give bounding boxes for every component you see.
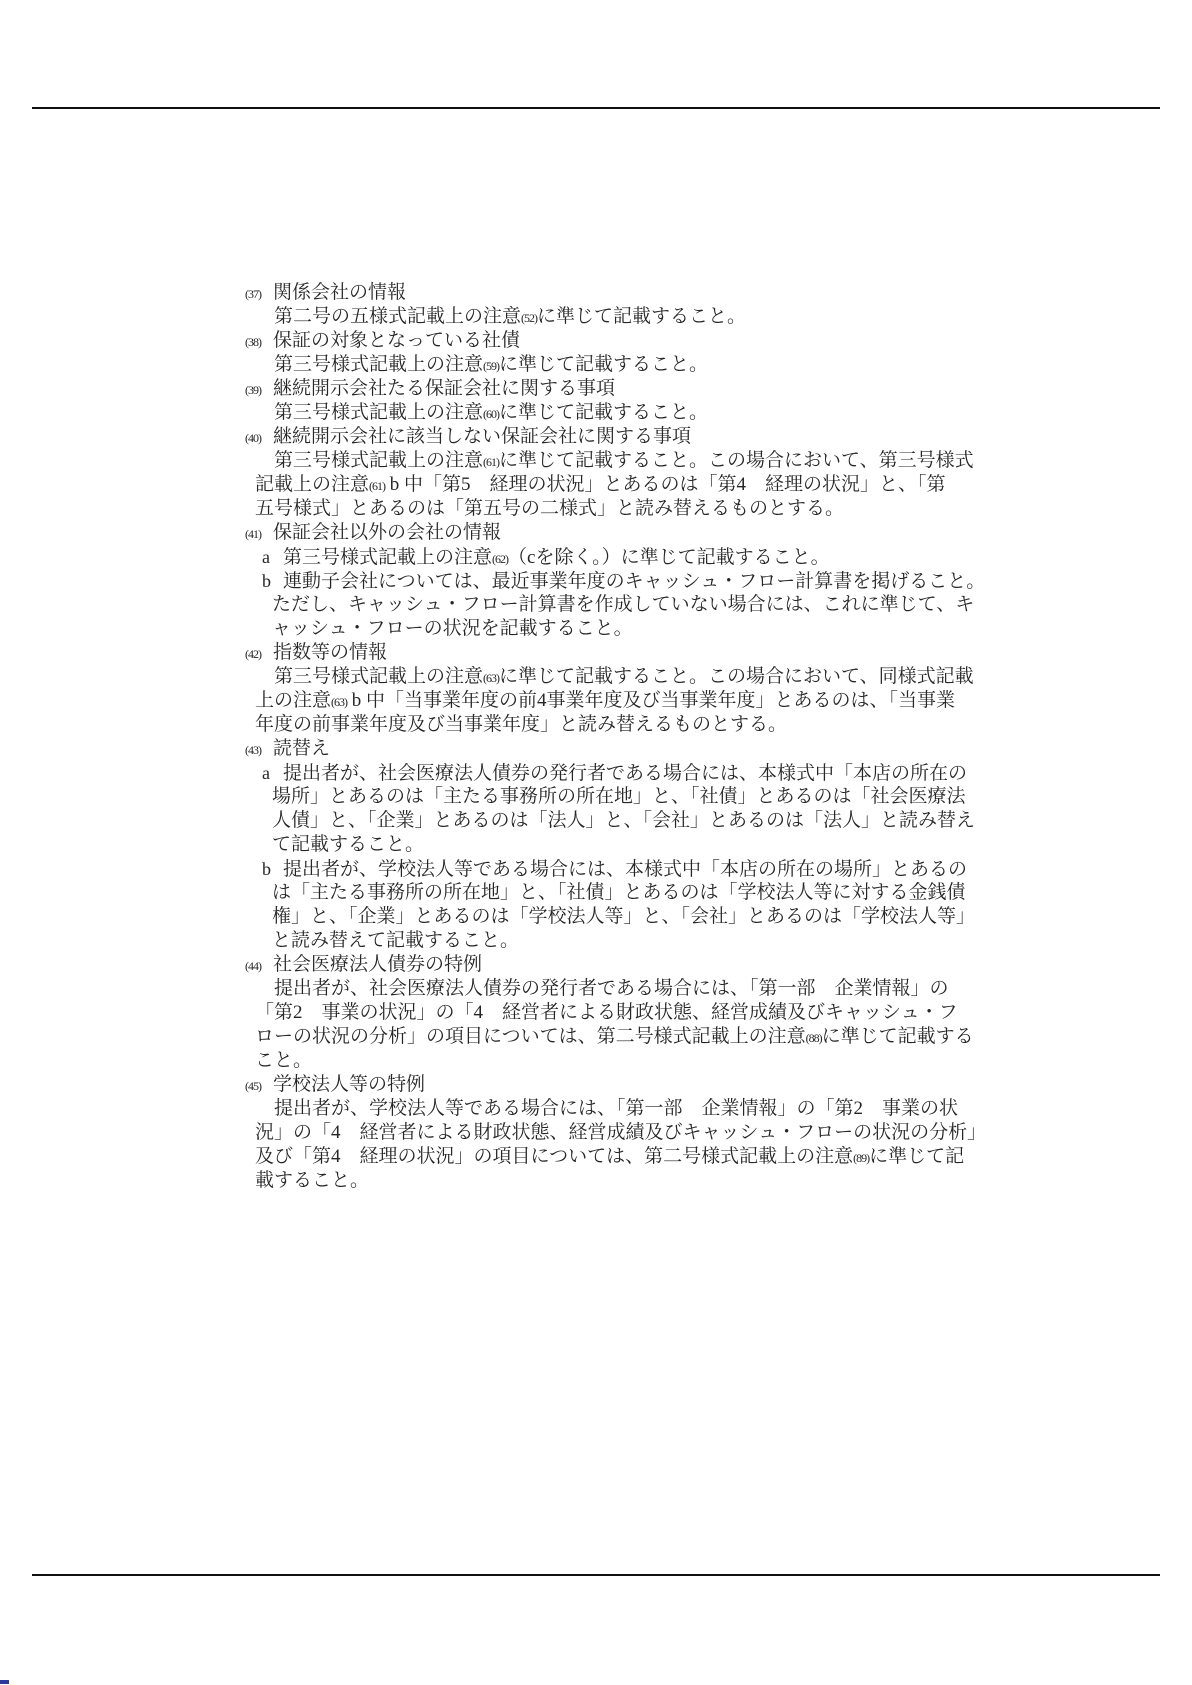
document-line: a提出者が、社会医療法人債券の発行者である場合には、本様式中「本店の所在の bbox=[0, 761, 1192, 785]
text-run: 保証会社以外の会社の情報 bbox=[273, 522, 501, 543]
text-run: 保証の対象となっている社債 bbox=[273, 330, 520, 351]
text-run: 継続開示会社に該当しない保証会社に関する事項 bbox=[273, 426, 691, 447]
text-run: 人債」と、「企業」とあるのは「法人」と、「会社」とあるのは「法人」と読み替え bbox=[272, 810, 975, 831]
document-line: (44)社会医療法人債券の特例 bbox=[0, 953, 1192, 977]
item-number: (39) bbox=[245, 378, 273, 402]
text-run: は「主たる事務所の所在地」と、「社債」とあるのは「学校法人等に対する金銭債 bbox=[272, 882, 966, 903]
text-run: 況」の「4 経営者による財政状態、経営成績及びキャッシュ・フローの状況の分析」 bbox=[255, 1122, 986, 1143]
bottom-horizontal-rule bbox=[32, 1574, 1160, 1576]
text-run: 記載上の注意 bbox=[255, 474, 369, 495]
text-run: 年度の前事業年度及び当事業年度」と読み替えるものとする。 bbox=[255, 714, 787, 735]
text-run: 関係会社の情報 bbox=[273, 282, 406, 303]
text-run: 読替え bbox=[273, 738, 330, 759]
text-run: て記載すること。 bbox=[272, 834, 424, 855]
note-reference: (61) bbox=[483, 455, 499, 469]
text-run: 権」と、「企業」とあるのは「学校法人等」と、「会社」とあるのは「学校法人等」 bbox=[272, 906, 975, 927]
text-run: ャッシュ・フローの状況を記載すること。 bbox=[272, 618, 633, 639]
document-line: (38)保証の対象となっている社債 bbox=[0, 329, 1192, 353]
note-reference: (63) bbox=[331, 695, 347, 709]
document-line: ただし、キャッシュ・フロー計算書を作成していない場合には、これに準じて、キ bbox=[0, 593, 1192, 617]
text-run: （cを除く。）に準じて記載すること。 bbox=[508, 547, 830, 568]
note-reference: (52) bbox=[521, 311, 537, 325]
document-line: (37)関係会社の情報 bbox=[0, 281, 1192, 305]
top-horizontal-rule bbox=[32, 107, 1160, 109]
document-line: (41)保証会社以外の会社の情報 bbox=[0, 521, 1192, 545]
document-line: 載すること。 bbox=[0, 1169, 1192, 1193]
text-run: 第三号様式記載上の注意 bbox=[274, 402, 483, 423]
document-line: 記載上の注意(61) b 中「第5 経理の状況」とあるのは「第4 経理の状況」と… bbox=[0, 473, 1192, 497]
sub-item-marker: b bbox=[262, 857, 283, 881]
text-run: 提出者が、社会医療法人債券の発行者である場合には、「第一部 企業情報」の bbox=[274, 978, 949, 999]
document-line: (42)指数等の情報 bbox=[0, 641, 1192, 665]
document-line: 第三号様式記載上の注意(59)に準じて記載すること。 bbox=[0, 353, 1192, 377]
document-line: b連動子会社については、最近事業年度のキャッシュ・フロー計算書を掲げること。 bbox=[0, 569, 1192, 593]
document-body: (37)関係会社の情報第二号の五様式記載上の注意(52)に準じて記載すること。(… bbox=[0, 281, 1192, 1193]
text-run: 第三号様式記載上の注意 bbox=[274, 450, 483, 471]
document-line: 権」と、「企業」とあるのは「学校法人等」と、「会社」とあるのは「学校法人等」 bbox=[0, 905, 1192, 929]
text-run: 指数等の情報 bbox=[273, 642, 387, 663]
item-number: (45) bbox=[245, 1074, 273, 1098]
document-line: 及び「第4 経理の状況」の項目については、第二号様式記載上の注意(89)に準じて… bbox=[0, 1145, 1192, 1169]
scan-artifact bbox=[0, 1680, 9, 1684]
text-run: 第三号様式記載上の注意 bbox=[283, 547, 492, 568]
document-line: 況」の「4 経営者による財政状態、経営成績及びキャッシュ・フローの状況の分析」 bbox=[0, 1121, 1192, 1145]
note-reference: (62) bbox=[492, 552, 508, 566]
text-run: ただし、キャッシュ・フロー計算書を作成していない場合には、これに準じて、キ bbox=[272, 594, 974, 615]
text-run: に準じて記載すること。 bbox=[499, 402, 708, 423]
note-reference: (61) bbox=[369, 479, 385, 493]
text-run: 提出者が、学校法人等である場合には、本様式中「本店の所在の場所」とあるの bbox=[283, 859, 967, 880]
text-run: 及び「第4 経理の状況」の項目については、第二号様式記載上の注意 bbox=[255, 1146, 853, 1167]
document-line: (43)読替え bbox=[0, 737, 1192, 761]
item-number: (41) bbox=[245, 522, 273, 546]
text-run: こと。 bbox=[255, 1050, 312, 1071]
document-line: 提出者が、社会医療法人債券の発行者である場合には、「第一部 企業情報」の bbox=[0, 977, 1192, 1001]
text-run: 載すること。 bbox=[255, 1170, 369, 1191]
document-line: 第三号様式記載上の注意(61)に準じて記載すること。この場合において、第三号様式 bbox=[0, 449, 1192, 473]
document-line: 提出者が、学校法人等である場合には、「第一部 企業情報」の「第2 事業の状 bbox=[0, 1097, 1192, 1121]
note-reference: (60) bbox=[483, 407, 499, 421]
text-run: 第三号様式記載上の注意 bbox=[274, 666, 483, 687]
document-line: 第三号様式記載上の注意(60)に準じて記載すること。 bbox=[0, 401, 1192, 425]
document-line: 「第2 事業の状況」の「4 経営者による財政状態、経営成績及びキャッシュ・フ bbox=[0, 1001, 1192, 1025]
document-line: 上の注意(63) b 中「当事業年度の前4事業年度及び当事業年度」とあるのは、「… bbox=[0, 689, 1192, 713]
document-line: 五号様式」とあるのは「第五号の二様式」と読み替えるものとする。 bbox=[0, 497, 1192, 521]
text-run: ローの状況の分析」の項目については、第二号様式記載上の注意 bbox=[255, 1026, 806, 1047]
text-run: 提出者が、社会医療法人債券の発行者である場合には、本様式中「本店の所在の bbox=[283, 763, 967, 784]
text-run: 社会医療法人債券の特例 bbox=[273, 954, 482, 975]
item-number: (43) bbox=[245, 738, 273, 762]
document-line: 年度の前事業年度及び当事業年度」と読み替えるものとする。 bbox=[0, 713, 1192, 737]
document-line: ャッシュ・フローの状況を記載すること。 bbox=[0, 617, 1192, 641]
text-run: 学校法人等の特例 bbox=[273, 1074, 425, 1095]
text-run: b 中「当事業年度の前4事業年度及び当事業年度」とあるのは、「当事業 bbox=[347, 690, 955, 711]
sub-item-marker: b bbox=[262, 569, 283, 593]
document-line: (45)学校法人等の特例 bbox=[0, 1073, 1192, 1097]
note-reference: (88) bbox=[806, 1031, 822, 1045]
document-line: b提出者が、学校法人等である場合には、本様式中「本店の所在の場所」とあるの bbox=[0, 857, 1192, 881]
text-run: b 中「第5 経理の状況」とあるのは「第4 経理の状況」と、「第 bbox=[385, 474, 946, 495]
note-reference: (59) bbox=[483, 359, 499, 373]
item-number: (42) bbox=[245, 642, 273, 666]
text-run: 継続開示会社たる保証会社に関する事項 bbox=[273, 378, 615, 399]
text-run: に準じて記載すること。 bbox=[499, 354, 708, 375]
document-line: 第三号様式記載上の注意(63)に準じて記載すること。この場合において、同様式記載 bbox=[0, 665, 1192, 689]
document-line: は「主たる事務所の所在地」と、「社債」とあるのは「学校法人等に対する金銭債 bbox=[0, 881, 1192, 905]
text-run: と読み替えて記載すること。 bbox=[272, 930, 519, 951]
text-run: 連動子会社については、最近事業年度のキャッシュ・フロー計算書を掲げること。 bbox=[283, 571, 985, 592]
text-run: 提出者が、学校法人等である場合には、「第一部 企業情報」の「第2 事業の状 bbox=[274, 1098, 958, 1119]
text-run: に準じて記載すること。この場合において、同様式記載 bbox=[499, 666, 974, 687]
text-run: に準じて記載する bbox=[822, 1026, 974, 1047]
text-run: に準じて記載すること。この場合において、第三号様式 bbox=[499, 450, 974, 471]
document-page: (37)関係会社の情報第二号の五様式記載上の注意(52)に準じて記載すること。(… bbox=[0, 0, 1192, 1685]
text-run: 「第2 事業の状況」の「4 経営者による財政状態、経営成績及びキャッシュ・フ bbox=[255, 1002, 958, 1023]
document-line: (39)継続開示会社たる保証会社に関する事項 bbox=[0, 377, 1192, 401]
item-number: (37) bbox=[245, 282, 273, 306]
text-run: 上の注意 bbox=[255, 690, 331, 711]
document-line: ローの状況の分析」の項目については、第二号様式記載上の注意(88)に準じて記載す… bbox=[0, 1025, 1192, 1049]
sub-item-marker: a bbox=[262, 545, 283, 569]
sub-item-marker: a bbox=[262, 761, 283, 785]
text-run: 第三号様式記載上の注意 bbox=[274, 354, 483, 375]
document-line: と読み替えて記載すること。 bbox=[0, 929, 1192, 953]
item-number: (44) bbox=[245, 954, 273, 978]
document-line: こと。 bbox=[0, 1049, 1192, 1073]
document-line: 第二号の五様式記載上の注意(52)に準じて記載すること。 bbox=[0, 305, 1192, 329]
text-run: 五号様式」とあるのは「第五号の二様式」と読み替えるものとする。 bbox=[255, 498, 844, 519]
note-reference: (89) bbox=[853, 1151, 869, 1165]
item-number: (40) bbox=[245, 426, 273, 450]
text-run: に準じて記載すること。 bbox=[537, 306, 746, 327]
document-line: 場所」とあるのは「主たる事務所の所在地」と、「社債」とあるのは「社会医療法 bbox=[0, 785, 1192, 809]
note-reference: (63) bbox=[483, 671, 499, 685]
document-line: a第三号様式記載上の注意(62)（cを除く。）に準じて記載すること。 bbox=[0, 545, 1192, 569]
document-line: て記載すること。 bbox=[0, 833, 1192, 857]
text-run: に準じて記 bbox=[869, 1146, 964, 1167]
document-line: 人債」と、「企業」とあるのは「法人」と、「会社」とあるのは「法人」と読み替え bbox=[0, 809, 1192, 833]
document-line: (40)継続開示会社に該当しない保証会社に関する事項 bbox=[0, 425, 1192, 449]
item-number: (38) bbox=[245, 330, 273, 354]
text-run: 第二号の五様式記載上の注意 bbox=[274, 306, 521, 327]
text-run: 場所」とあるのは「主たる事務所の所在地」と、「社債」とあるのは「社会医療法 bbox=[272, 786, 966, 807]
